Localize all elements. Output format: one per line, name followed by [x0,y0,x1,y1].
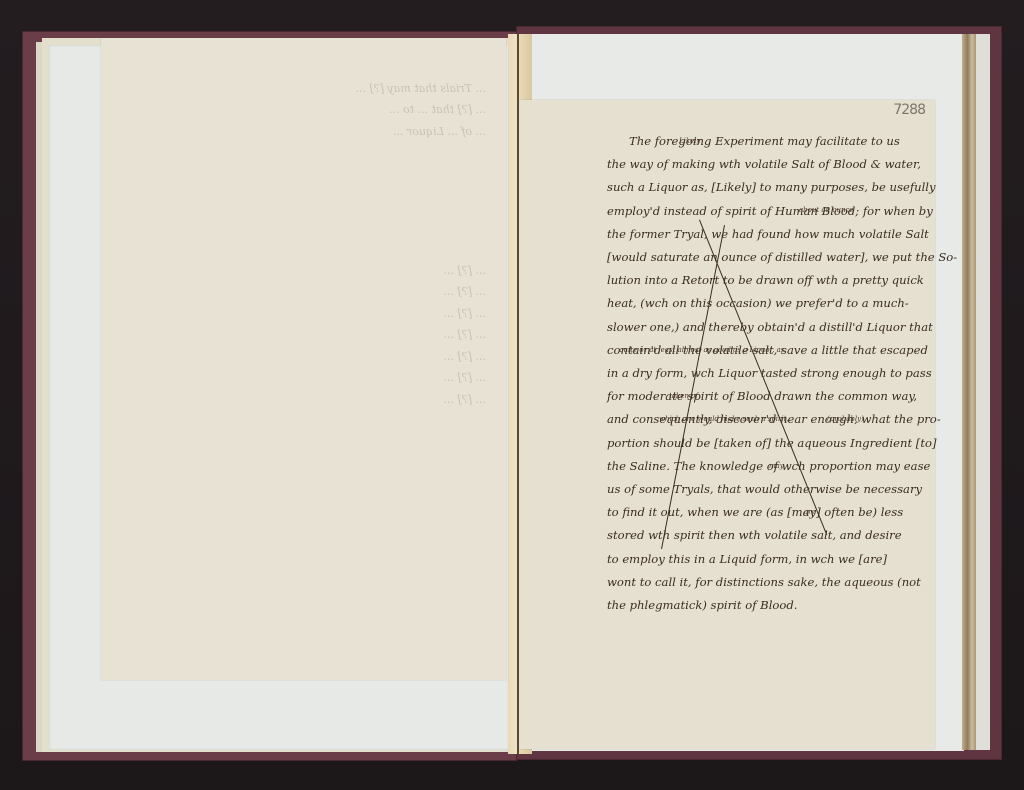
text-line: the phlegmatick) spirit of Blood. [607,594,937,617]
manuscript-text-block: The foregoing Experiment may facilitate … [607,130,937,617]
right-page-edges [962,34,976,750]
text-line: the way of making wth volatile Salt of B… [607,153,937,176]
interlinear-insertion: about an ounce [799,206,854,214]
interlinear-insertion: which one would make such a spirit, [659,415,789,423]
interlinear-insertion: (probably) [827,415,864,423]
text-line: to employ this in a Liquid form, in wch … [607,548,937,571]
bleed-line: ... of ... Liquor ... [393,125,486,138]
bleed-line: ... [?] ... [444,328,486,341]
interlinear-insertion: may [769,462,784,470]
text-line: heat, (wch on this occasion) we prefer'd… [607,292,937,315]
bleed-through-main: ... [?] ... ... [?] ... ... [?] ... ... … [131,238,486,410]
text-line: lution into a Retort to be drawn off wth… [607,269,937,292]
folio-number: 7288 [893,102,925,118]
bleed-line: ... [?] ... [444,307,486,320]
bleed-through-top: ... Trials that may [?] ... ... [?] that… [131,56,486,142]
bleed-line: ... [?] ... [444,350,486,363]
text-line: wont to call it, for distinctions sake, … [607,571,937,594]
text-line: to find it out, when we are (as [may] of… [607,501,937,524]
bleed-line: ... Trials that may [?] ... [356,82,486,95]
text-line: the former Tryal, we had found how much … [607,223,937,246]
text-line: in a dry form, wch Liquor tasted strong … [607,362,937,385]
bleed-line: ... [?] ... [444,264,486,277]
text-line: slower one,) and thereby obtain'd a dist… [607,316,937,339]
interlinear-insertion: are [804,508,816,516]
bleed-line: ... [?] ... [444,393,486,406]
text-line: employ'd instead of spirit of Human Bloo… [607,200,937,223]
interlinear-insertion: quite or at least almost as good as a Li… [619,346,784,354]
text-line: portion should be [taken of] the aqueous… [607,432,937,455]
right-outer-sheet [976,34,990,750]
bleed-line: ... [?] ... [444,371,486,384]
bleed-line: ... [?] that ... to ... [389,103,486,116]
text-line: us of some Tryals, that would otherwise … [607,478,937,501]
bleed-line: ... [?] ... [444,285,486,298]
interlinear-insertion: taken of [669,392,698,400]
text-line: stored wth spirit then wth volatile salt… [607,524,937,547]
left-manuscript-page: ... Trials that may [?] ... ... [?] that… [101,38,506,680]
text-line: [would saturate an ounce of distilled wa… [607,246,937,269]
interlinear-insertion: Likely [679,137,700,145]
right-manuscript-page: 7288 The foregoing Experiment may facili… [519,100,935,749]
text-line: The foregoing Experiment may facilitate … [607,130,937,153]
text-line: such a Liquor as, [Likely] to many purpo… [607,176,937,199]
